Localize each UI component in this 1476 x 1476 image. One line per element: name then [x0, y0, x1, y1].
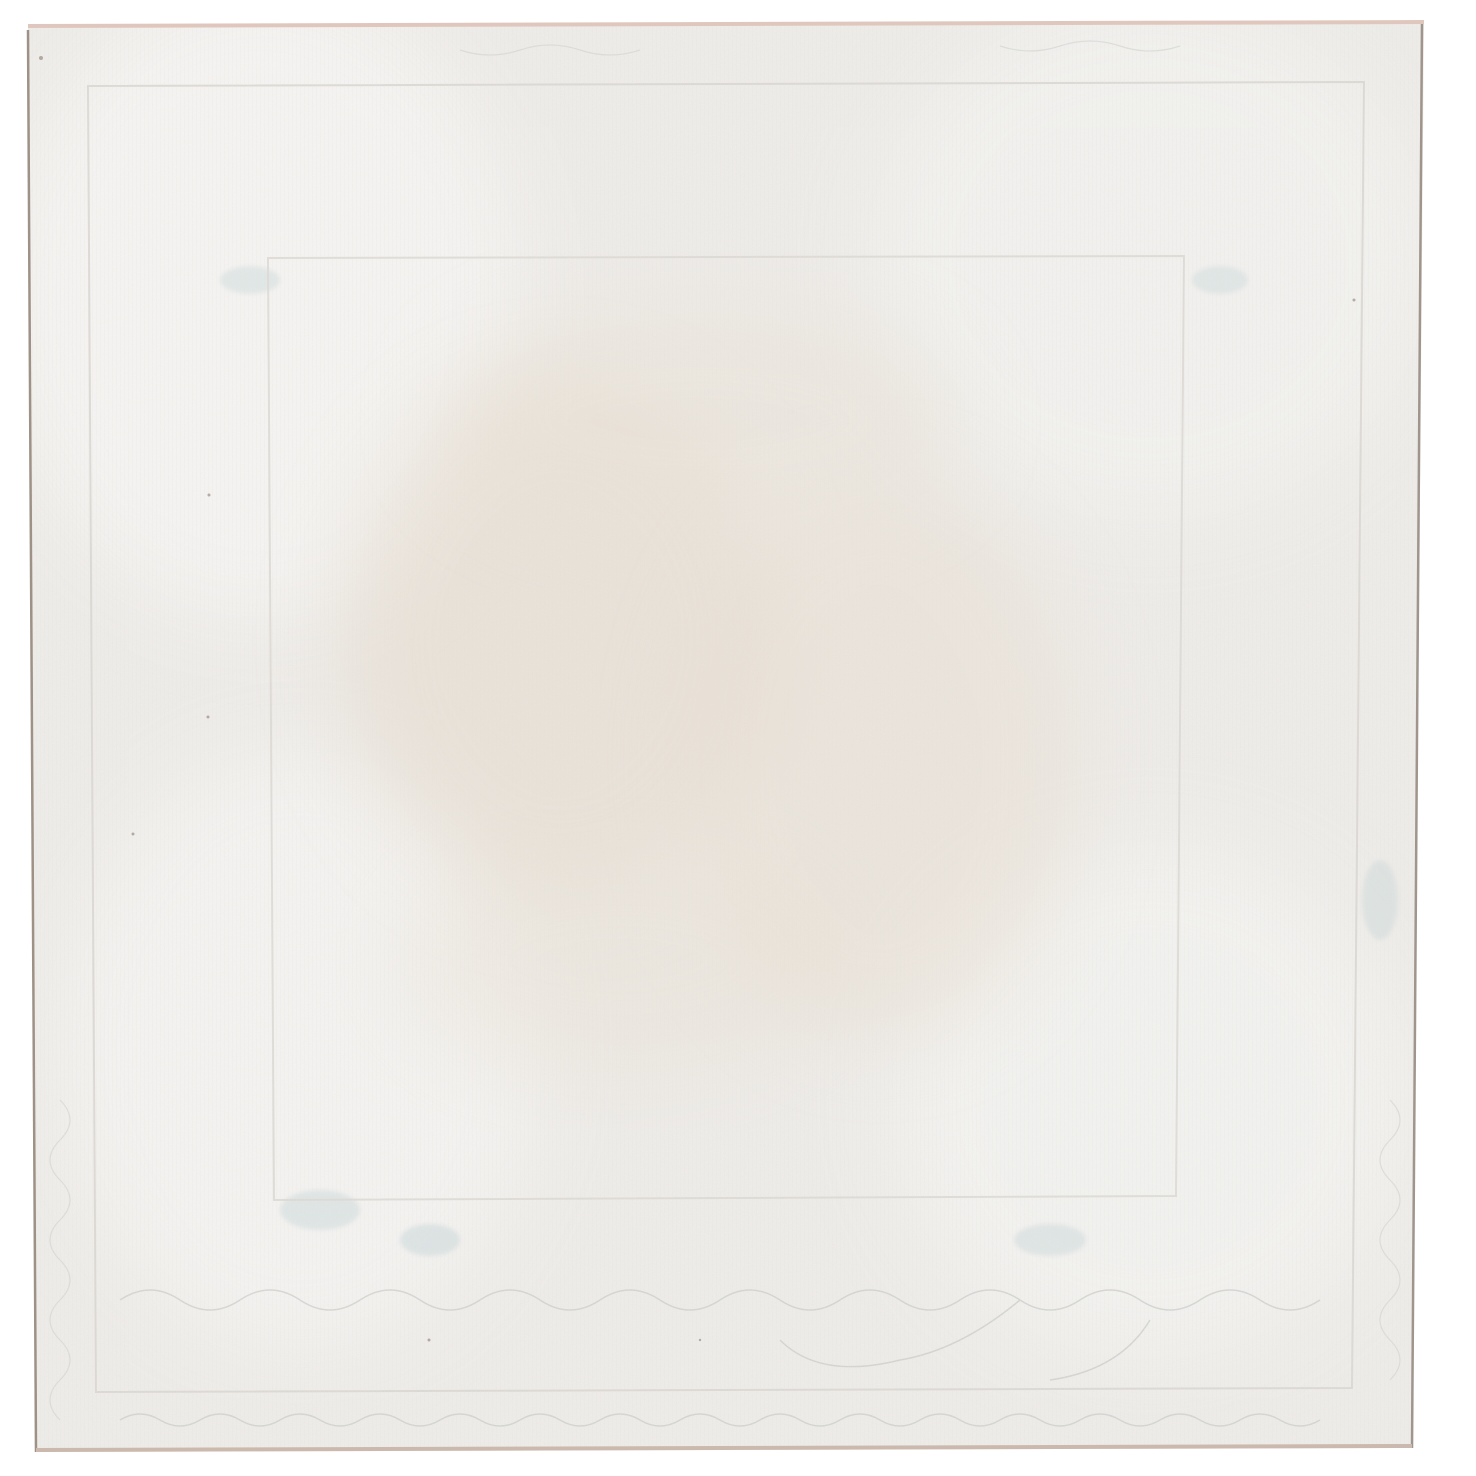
rug-photo — [0, 0, 1476, 1476]
photo-scene: Faded vintage square area rug, top-down … — [0, 0, 1476, 1476]
